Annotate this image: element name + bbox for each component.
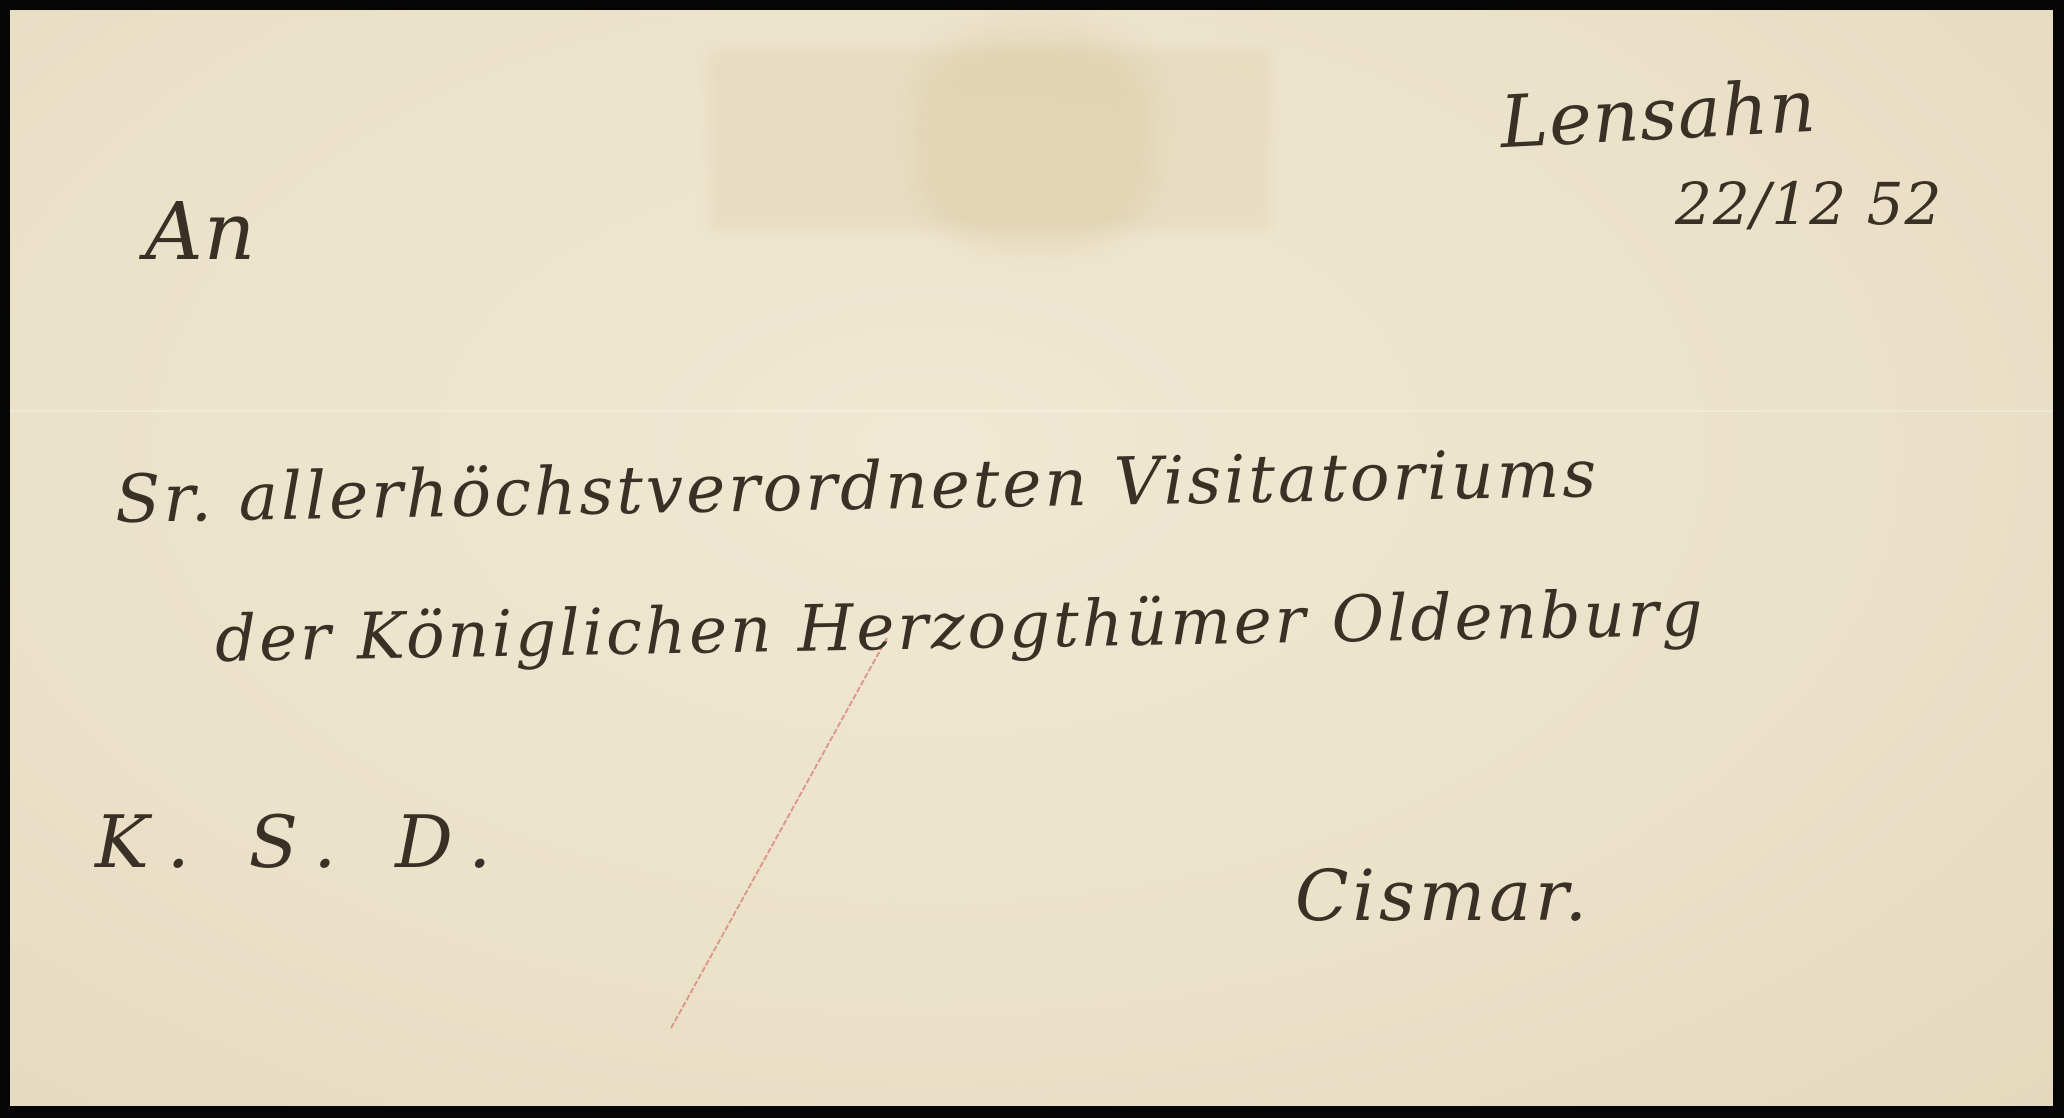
- destination-name: Cismar.: [1295, 855, 1591, 937]
- letter-sheet: Lensahn 22/12 52 An Sr. allerhöchstveror…: [10, 10, 2053, 1106]
- place-name: Lensahn: [1498, 64, 1818, 164]
- salutation: An: [145, 185, 256, 278]
- date-note: 22/12 52: [1675, 170, 1942, 238]
- service-mark: K. S. D.: [95, 800, 509, 884]
